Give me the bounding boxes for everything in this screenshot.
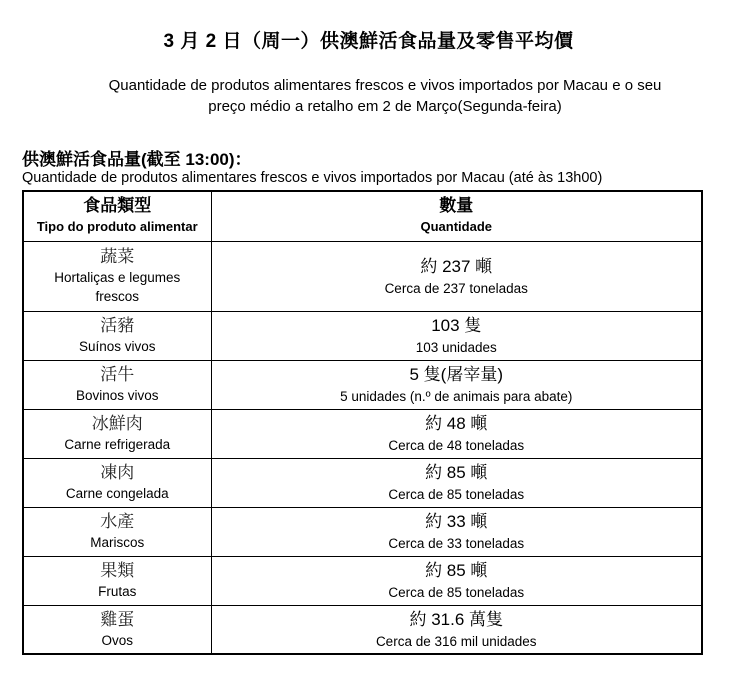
food-type-pt: Bovinos vivos — [24, 386, 211, 405]
quantity-zh: 約 48 噸 — [212, 412, 702, 436]
table-row: 雞蛋 Ovos 約 31.6 萬隻 Cerca de 316 mil unida… — [23, 605, 702, 654]
food-type-pt: Carne congelada — [24, 484, 211, 503]
quantity-pt: Cerca de 33 toneladas — [212, 534, 702, 553]
food-type-pt: Mariscos — [24, 533, 211, 552]
table-row: 活牛 Bovinos vivos 5 隻(屠宰量) 5 unidades (n.… — [23, 360, 702, 409]
food-type-cell: 凍肉 Carne congelada — [23, 458, 211, 507]
quantity-pt: Cerca de 48 toneladas — [212, 436, 702, 455]
section-subtitle: Quantidade de produtos alimentares fresc… — [22, 170, 602, 186]
quantity-table: 食品類型 Tipo do produto alimentar 數量 Quanti… — [22, 190, 703, 655]
table-row: 果類 Frutas 約 85 噸 Cerca de 85 toneladas — [23, 556, 702, 605]
header-quantity-pt: Quantidade — [212, 217, 702, 237]
header-food-type-zh: 食品類型 — [24, 195, 211, 217]
food-type-pt: Suínos vivos — [24, 337, 211, 356]
quantity-cell: 103 隻 103 unidades — [211, 311, 702, 360]
header-food-type-pt: Tipo do produto alimentar — [24, 217, 211, 237]
quantity-cell: 約 33 噸 Cerca de 33 toneladas — [211, 507, 702, 556]
food-type-cell: 活豬 Suínos vivos — [23, 311, 211, 360]
subtitle-line-2: preço médio a retalho em 2 de Março(Segu… — [40, 96, 730, 117]
food-type-pt: Ovos — [24, 631, 211, 650]
header-food-type: 食品類型 Tipo do produto alimentar — [23, 191, 211, 241]
header-quantity: 數量 Quantidade — [211, 191, 702, 241]
table-header-row: 食品類型 Tipo do produto alimentar 數量 Quanti… — [23, 191, 702, 241]
table-row: 凍肉 Carne congelada 約 85 噸 Cerca de 85 to… — [23, 458, 702, 507]
quantity-pt: 5 unidades (n.º de animais para abate) — [212, 387, 702, 406]
quantity-cell: 約 237 噸 Cerca de 237 toneladas — [211, 241, 702, 311]
food-type-zh: 活牛 — [24, 364, 211, 386]
quantity-cell: 約 85 噸 Cerca de 85 toneladas — [211, 458, 702, 507]
food-type-cell: 活牛 Bovinos vivos — [23, 360, 211, 409]
quantity-cell: 約 85 噸 Cerca de 85 toneladas — [211, 556, 702, 605]
food-type-pt: Frutas — [24, 582, 211, 601]
table-row: 蔬菜 Hortaliças e legumes frescos 約 237 噸 … — [23, 241, 702, 311]
food-type-cell: 蔬菜 Hortaliças e legumes frescos — [23, 241, 211, 311]
quantity-cell: 約 31.6 萬隻 Cerca de 316 mil unidades — [211, 605, 702, 654]
food-type-cell: 雞蛋 Ovos — [23, 605, 211, 654]
food-type-zh: 蔬菜 — [24, 246, 211, 268]
page-title: 3 月 2 日（周一）供澳鮮活食品量及零售平均價 — [0, 26, 737, 53]
food-type-cell: 冰鮮肉 Carne refrigerada — [23, 409, 211, 458]
quantity-cell: 5 隻(屠宰量) 5 unidades (n.º de animais para… — [211, 360, 702, 409]
food-type-pt: Hortaliças e legumes frescos — [24, 268, 211, 306]
quantity-zh: 約 31.6 萬隻 — [212, 608, 702, 632]
food-type-zh: 果類 — [24, 560, 211, 582]
table-row: 水產 Mariscos 約 33 噸 Cerca de 33 toneladas — [23, 507, 702, 556]
quantity-zh: 5 隻(屠宰量) — [212, 363, 702, 387]
food-type-zh: 雞蛋 — [24, 609, 211, 631]
header-quantity-zh: 數量 — [212, 195, 702, 217]
food-type-cell: 水產 Mariscos — [23, 507, 211, 556]
table-row: 冰鮮肉 Carne refrigerada 約 48 噸 Cerca de 48… — [23, 409, 702, 458]
page-subtitle: Quantidade de produtos alimentares fresc… — [40, 75, 730, 117]
food-type-zh: 水產 — [24, 511, 211, 533]
quantity-zh: 約 85 噸 — [212, 559, 702, 583]
quantity-pt: Cerca de 316 mil unidades — [212, 632, 702, 651]
quantity-zh: 約 33 噸 — [212, 510, 702, 534]
quantity-cell: 約 48 噸 Cerca de 48 toneladas — [211, 409, 702, 458]
table-row: 活豬 Suínos vivos 103 隻 103 unidades — [23, 311, 702, 360]
food-type-pt: Carne refrigerada — [24, 435, 211, 454]
food-type-zh: 凍肉 — [24, 462, 211, 484]
quantity-pt: Cerca de 85 toneladas — [212, 583, 702, 602]
quantity-pt: Cerca de 237 toneladas — [212, 279, 702, 298]
quantity-pt: 103 unidades — [212, 338, 702, 357]
section-title: 供澳鮮活食品量(截至 13:00)： — [22, 145, 252, 170]
food-type-zh: 活豬 — [24, 315, 211, 337]
subtitle-line-1: Quantidade de produtos alimentares fresc… — [40, 75, 730, 96]
quantity-pt: Cerca de 85 toneladas — [212, 485, 702, 504]
food-type-zh: 冰鮮肉 — [24, 413, 211, 435]
quantity-zh: 103 隻 — [212, 314, 702, 338]
food-type-cell: 果類 Frutas — [23, 556, 211, 605]
quantity-zh: 約 85 噸 — [212, 461, 702, 485]
quantity-zh: 約 237 噸 — [212, 255, 702, 279]
